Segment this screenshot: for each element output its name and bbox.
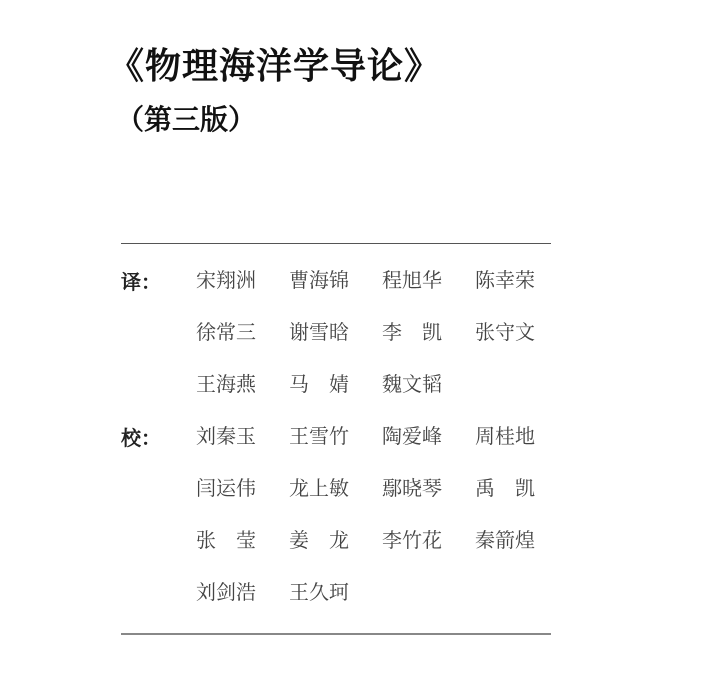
proofreader-name: 刘剑浩: [196, 576, 256, 605]
proofreader-name: 周桂地: [475, 420, 535, 449]
translator-name: 张守文: [475, 316, 535, 345]
proofreader-name: 秦箭煌: [475, 524, 535, 553]
proofreader-name: 王久珂: [289, 576, 349, 605]
edition-label: （第三版）: [116, 98, 256, 138]
proofreader-name: 李竹花: [382, 524, 442, 553]
translator-name: 徐常三: [196, 316, 256, 345]
top-divider: [121, 243, 551, 244]
translator-name: 谢雪晗: [289, 316, 349, 345]
proofreader-name: 禹 凯: [475, 472, 535, 501]
proofreader-name: 龙上敏: [289, 472, 349, 501]
proofreaders-label: 校：: [121, 422, 161, 451]
proofreader-name: 闫运伟: [196, 472, 256, 501]
proofreader-name: 刘秦玉: [196, 420, 256, 449]
translator-name: 曹海锦: [289, 264, 349, 293]
translator-name: 王海燕: [196, 368, 256, 397]
proofreader-name: 鄢晓琴: [382, 472, 442, 501]
translator-name: 李 凯: [382, 316, 442, 345]
book-title: 《物理海洋学导论》: [108, 38, 441, 89]
proofreader-name: 张 莹: [196, 524, 256, 553]
proofreader-name: 姜 龙: [289, 524, 349, 553]
translator-name: 陈幸荣: [475, 264, 535, 293]
proofreader-name: 陶爱峰: [382, 420, 442, 449]
translator-name: 魏文韬: [382, 368, 442, 397]
translator-name: 马 婧: [289, 368, 349, 397]
bottom-divider: [121, 633, 551, 635]
translator-name: 宋翔洲: [196, 264, 256, 293]
translators-label: 译：: [121, 266, 161, 295]
translator-name: 程旭华: [382, 264, 442, 293]
proofreader-name: 王雪竹: [289, 420, 349, 449]
